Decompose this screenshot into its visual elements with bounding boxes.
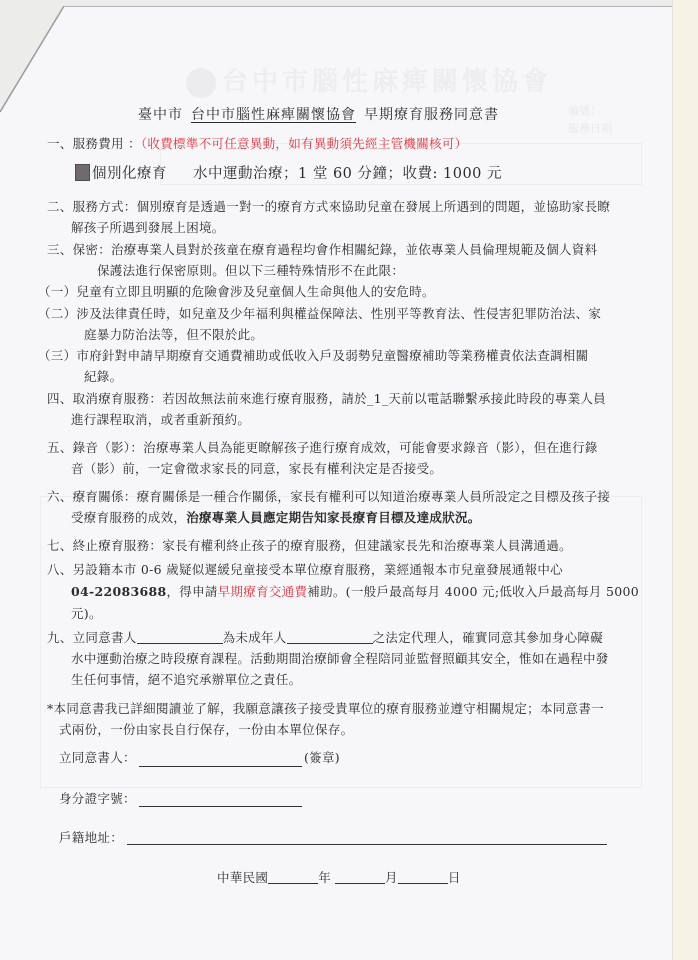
signer-name-blank[interactable] [137, 643, 223, 644]
exception-2-line1: （二）涉及法律責任時，如兒童及少年福利與權益保障法、性別平等教育法、性侵害犯罪防… [38, 306, 601, 322]
section-cancel-line1: 四、取消療育服務：若因故無法前來進行療育服務，請於_1_天前以電話聯繫承接此時段… [47, 391, 606, 407]
section-termination: 七、終止療育服務：家長有權利終止孩子的療育服務，但建議家長先和治療專業人員溝通過… [47, 538, 572, 554]
report-center-phone: 04-22083688 [71, 584, 166, 599]
exception-3-line1: （三）市府針對申請早期療育交通費補助或低收入戶及弱勢兒童醫療補助等業務權責依法查… [38, 348, 588, 364]
agreement-line2: 式兩份，一份由家長自行保存，一份由本單位保存。 [59, 722, 353, 738]
seal-logo-icon [186, 68, 216, 98]
address-field[interactable] [127, 844, 607, 845]
section-relationship-line1: 六、療育關係：療育關係是一種合作關係，家長有權利可以知道治療專業人員所設定之目標… [47, 489, 610, 505]
id-number-field[interactable] [139, 806, 302, 807]
day-field[interactable] [398, 883, 448, 884]
signer-label: 立同意書人： [59, 750, 136, 766]
consent-form-page: 台中市腦性麻痺關懷協會 編號： 服務日期 臺中市台中市腦性麻痺關懷協會早期療育服… [0, 6, 672, 960]
section-subsidy-line2: 04-22083688，得申請早期療育交通費補助。(一般戶最高每月 4000 元… [71, 584, 639, 600]
fee-detail: 水中運動治療；1 堂 60 分鐘；收費: 1000 元 [193, 166, 502, 182]
minor-name-blank[interactable] [287, 643, 373, 644]
section-fee: 一、服務費用 ：（收費標準不可任意異動，如有異動須先經主管機關核可） [47, 136, 467, 152]
id-number-label: 身分證字號： [59, 791, 136, 807]
ghost-text-number: 編號： [568, 102, 601, 118]
exception-3-line2: 紀錄。 [84, 369, 122, 385]
fee-note: （收費標準不可任意異動，如有異動須先經主管機關核可） [141, 136, 468, 151]
page-title: 臺中市台中市腦性麻痺關懷協會早期療育服務同意書 [138, 107, 499, 123]
subsidy-highlight: 早期療育交通費 [218, 584, 308, 599]
section-consent-line2: 水中運動治療之時段療育課程。活動期間治療師會全程陪同並監督照顧其安全，惟如在過程… [71, 651, 609, 667]
fee-item: 個別化療育水中運動治療；1 堂 60 分鐘；收費: 1000 元 [75, 164, 502, 182]
cancel-days: _1_ [367, 391, 388, 406]
year-field[interactable] [268, 883, 318, 884]
relationship-emphasis: 治療專業人員應定期告知家長療育目標及達成狀況。 [186, 510, 480, 525]
section-relationship-line2: 受療育服務的成效，治療專業人員應定期告知家長療育目標及達成狀況。 [71, 510, 481, 526]
section-confidentiality-line2: 保護法進行保密原則。但以下三種特殊情形不在此限： [97, 263, 404, 279]
association-watermark: 台中市腦性麻痺關懷協會 [186, 61, 552, 98]
seal-label: (簽章) [304, 750, 340, 766]
signer-signature-field[interactable] [139, 766, 302, 767]
section-method-line1: 二、服務方式：個別療育是透過一對一的療育方式來協助兒童在發展上所遇到的問題，並協… [47, 199, 610, 215]
exception-1: （一）兒童有立即且明顯的危險會涉及兒童個人生命與他人的安危時。 [38, 284, 435, 300]
organization-name: 台中市腦性麻痺關懷協會 [183, 107, 364, 123]
section-consent-line3: 生任何事情，絕不追究承辦單位之責任。 [71, 672, 301, 688]
section-confidentiality-line1: 三、保密：治療專業人員對於孩童在療育過程均會作相關紀錄，並依專業人員倫理規範及個… [47, 242, 597, 258]
section-recording-line2: 音（影）前，一定會徵求家長的同意，家長有權利決定是否接受。 [71, 461, 442, 477]
agreement-line1: *本同意書我已詳細閱讀並了解，我願意讓孩子接受貴單位的療育服務並遵守相關規定；本… [47, 701, 604, 717]
section-subsidy-line1: 八、另設籍本市 0-6 歲疑似遲緩兒童接受本單位療育服務，業經通報本市兒童發展通… [47, 562, 563, 578]
section-consent-line1: 九、立同意書人為未成年人之法定代理人，確實同意其參加身心障礙 [47, 630, 603, 646]
fee-checkbox[interactable] [75, 164, 90, 181]
section-cancel-line2: 進行課程取消，或者重新預約。 [71, 412, 250, 428]
month-field[interactable] [335, 883, 385, 884]
scan-edge-strip [672, 0, 698, 960]
ghost-text-date: 服務日期 [568, 120, 612, 136]
exception-2-line2: 庭暴力防治法等，但不限於此。 [84, 327, 263, 343]
section-method-line2: 解孩子所遇到發展上困境。 [71, 220, 225, 236]
address-label: 戶籍地址： [59, 830, 123, 846]
date-line: 中華民國年月日 [217, 870, 461, 886]
section-subsidy-line3: 元)。 [71, 606, 102, 622]
section-recording-line1: 五、錄音（影）：治療專業人員為能更瞭解孩子進行療育成效，可能會要求錄音（影），但… [47, 440, 598, 456]
fee-category: 個別化療育 [92, 166, 167, 182]
